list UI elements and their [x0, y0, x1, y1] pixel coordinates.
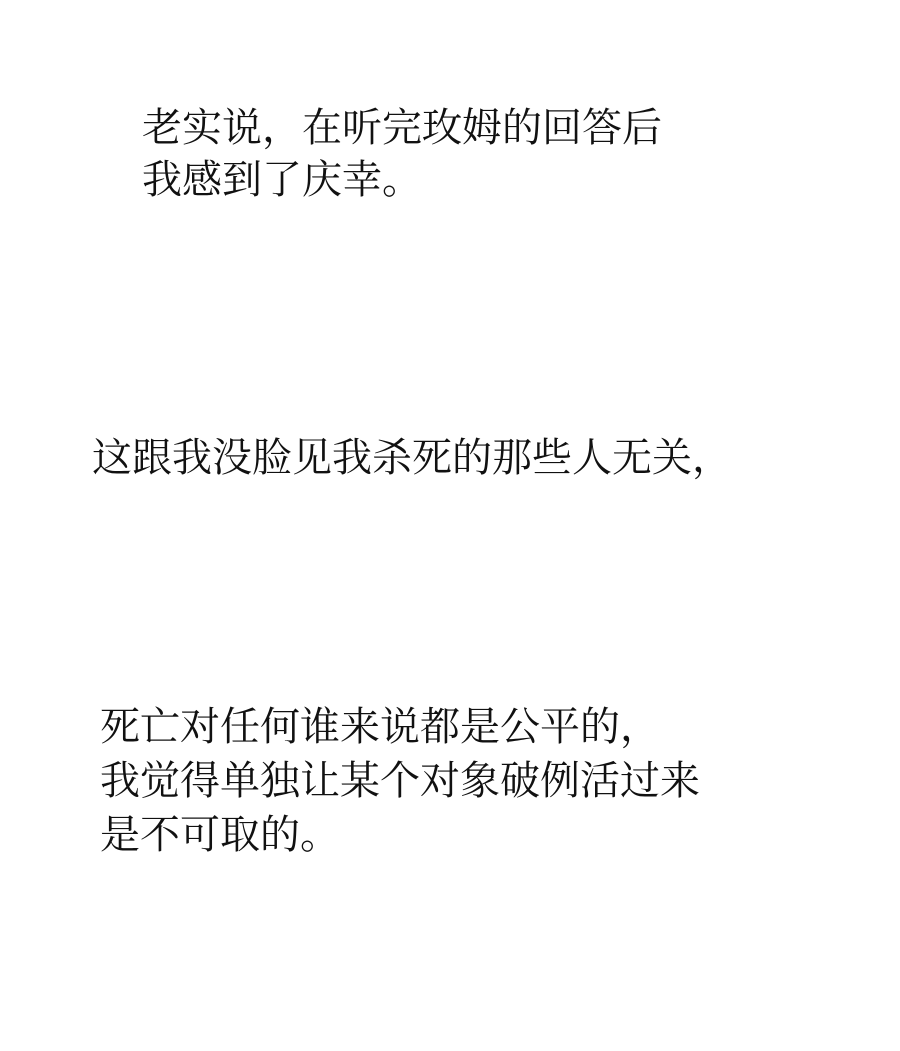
narration-line: 这跟我没脸见我杀死的那些人无关，	[92, 432, 732, 484]
narration-block-1: 老实说，在听完玫姆的回答后 我感到了庆幸。	[142, 102, 662, 206]
narration-line: 死亡对任何谁来说都是公平的，	[100, 700, 700, 754]
narration-line: 是不可取的。	[100, 808, 700, 862]
narration-line: 老实说，在听完玫姆的回答后	[142, 102, 662, 154]
narration-line: 我感到了庆幸。	[142, 154, 662, 206]
narration-line: 我觉得单独让某个对象破例活过来	[100, 754, 700, 808]
narration-block-2: 这跟我没脸见我杀死的那些人无关，	[92, 432, 732, 484]
narration-block-3: 死亡对任何谁来说都是公平的， 我觉得单独让某个对象破例活过来 是不可取的。	[100, 700, 700, 862]
